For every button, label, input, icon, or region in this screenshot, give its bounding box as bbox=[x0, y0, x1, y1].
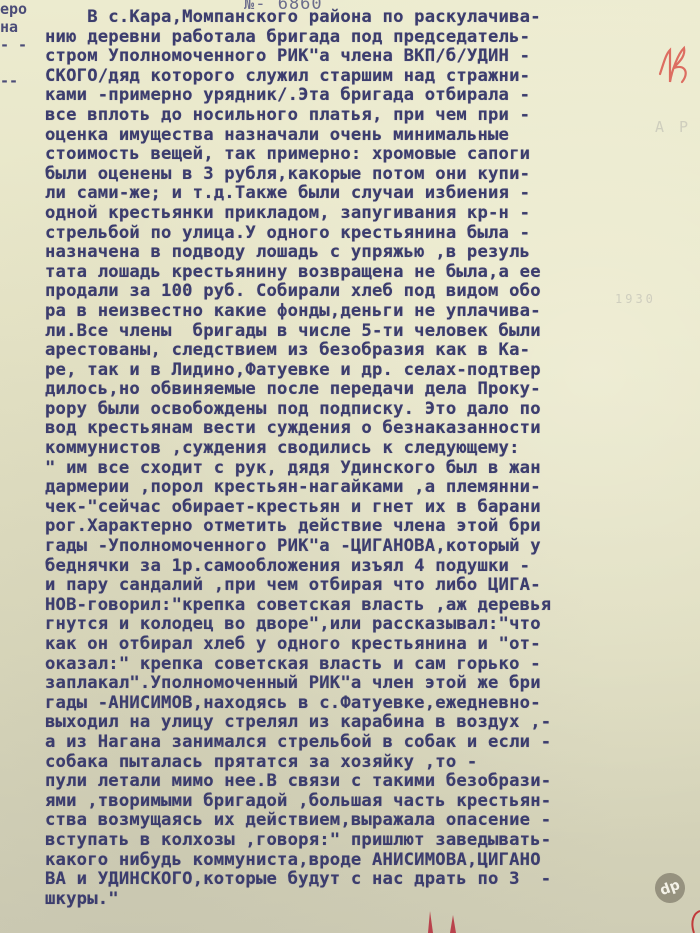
typewritten-body: В с.Кара,Момпанского района по раскулачи… bbox=[45, 8, 635, 909]
text-line: коммунистов ,суждения сводились к следую… bbox=[45, 439, 635, 459]
text-line: НОВ-говорил:"крепка советская власть ,аж… bbox=[45, 596, 635, 616]
text-line: и пару сандалий ,при чем отбирая что либ… bbox=[45, 576, 635, 596]
text-line: ВА и УДИНСКОГО,которые будут с нас драть… bbox=[45, 870, 635, 890]
text-line: гады -Уполномоченного РИК"а -ЦИГАНОВА,ко… bbox=[45, 537, 635, 557]
text-line: ра в неизвестно какие фонды,деньги не уп… bbox=[45, 302, 635, 322]
text-line: ями ,творимыми бригадой ,большая часть к… bbox=[45, 792, 635, 812]
red-pencil-marks-icon bbox=[420, 905, 700, 933]
bleed-through-text: А Р А bbox=[655, 118, 700, 136]
watermark-logo: dp bbox=[651, 869, 689, 907]
text-line: ства возмущаясь их действием,выражала оп… bbox=[45, 811, 635, 831]
text-line: как он отбирал хлеб у одного крестьянина… bbox=[45, 635, 635, 655]
text-line: вод крестьянам вести суждения о безнаказ… bbox=[45, 419, 635, 439]
text-line: беднячки за 1р.самообложения изъял 4 под… bbox=[45, 557, 635, 577]
text-line: какого нибудь коммуниста,вроде АНИСИМОВА… bbox=[45, 851, 635, 871]
margin-fragment: - - bbox=[0, 36, 40, 54]
text-line: стоимость вещей, так примерно: хромовые … bbox=[45, 145, 635, 165]
text-line: гады -АНИСИМОВ,находясь в с.Фатуевке,еже… bbox=[45, 694, 635, 714]
text-line: дилось,но обвиняемые после передачи дела… bbox=[45, 380, 635, 400]
text-line: одной крестьянки прикладом, запугивания … bbox=[45, 204, 635, 224]
text-line: тата лошадь крестьянину возвращена не бы… bbox=[45, 263, 635, 283]
text-line: чек-"сейчас обирает-крестьян и гнет их в… bbox=[45, 498, 635, 518]
text-line: продали за 100 руб. Собирали хлеб под ви… bbox=[45, 282, 635, 302]
text-line: были оценены в 3 рубля,какорые потом они… bbox=[45, 165, 635, 185]
text-line: оценка имущества назначали очень минимал… bbox=[45, 126, 635, 146]
text-line: дармерии ,порол крестьян-нагайками ,а пл… bbox=[45, 478, 635, 498]
text-line: назначена в подводу лошадь с упряжью ,в … bbox=[45, 243, 635, 263]
text-line: стрельбой по улица.У одного крестьянина … bbox=[45, 224, 635, 244]
text-line: рог.Характерно отметить действие члена э… bbox=[45, 517, 635, 537]
document-page: А Р А 1930 еро на - - -- №- 6860 В с.Кар… bbox=[0, 0, 700, 933]
text-line: заплакал".Уполномоченный РИК"а член этой… bbox=[45, 674, 635, 694]
text-line: ре, так и в Лидино,Фатуевке и др. селах-… bbox=[45, 361, 635, 381]
text-line: ками -примерно урядник/.Эта бригада отби… bbox=[45, 86, 635, 106]
text-line: " им все сходит с рук, дядя Удинского бы… bbox=[45, 459, 635, 479]
text-line: ли.Все члены бригады в числе 5-ти челове… bbox=[45, 322, 635, 342]
text-line: рору были освобождены под подписку. Это … bbox=[45, 400, 635, 420]
text-line: гнутся и колодец во дворе",или рассказыв… bbox=[45, 615, 635, 635]
margin-fragment bbox=[0, 54, 40, 72]
text-line: ли сами-же; и т.д.Также были случаи изби… bbox=[45, 184, 635, 204]
text-line: СКОГО/дяд которого служил старшим над ст… bbox=[45, 67, 635, 87]
text-line: собака пыталась прятатся за хозяйку ,то … bbox=[45, 753, 635, 773]
text-line: В с.Кара,Момпанского района по раскулачи… bbox=[45, 8, 635, 28]
margin-fragment: еро bbox=[0, 0, 40, 18]
text-line: пули летали мимо нее.В связи с такими бе… bbox=[45, 772, 635, 792]
left-margin-fragments: еро на - - -- bbox=[0, 0, 40, 90]
text-line: вступать в колхозы ,говоря:" пришлют зав… bbox=[45, 831, 635, 851]
text-line: выходил на улицу стрелял из карабина в в… bbox=[45, 713, 635, 733]
margin-fragment: -- bbox=[0, 72, 40, 90]
text-line: нию деревни работала бригада под председ… bbox=[45, 28, 635, 48]
red-pencil-annotation-icon bbox=[656, 42, 696, 102]
text-line: а из Нагана занимался стрельбой в собак … bbox=[45, 733, 635, 753]
margin-fragment: на bbox=[0, 18, 40, 36]
text-line: стром Уполномоченного РИК"а члена ВКП/б/… bbox=[45, 47, 635, 67]
text-line: все вплоть до носильного платья, при чем… bbox=[45, 106, 635, 126]
text-line: оказал:" крепка советская власть и сам г… bbox=[45, 655, 635, 675]
text-line: арестованы, следствием из безобразия как… bbox=[45, 341, 635, 361]
